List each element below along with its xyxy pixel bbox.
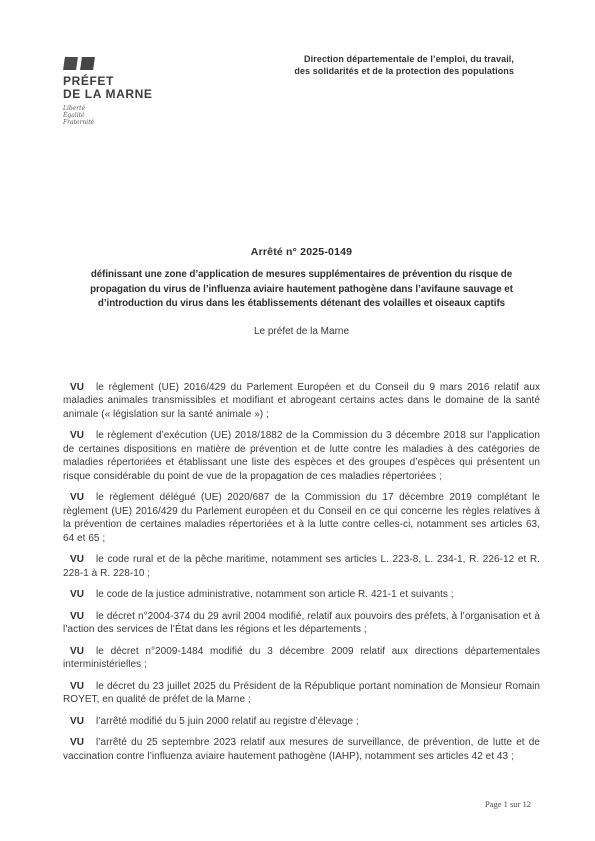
visa-paragraph: VUle code de la justice administrative, … xyxy=(63,588,540,602)
visa-text: le code rural et de la pêche maritime, n… xyxy=(63,554,540,579)
vu-label: VU xyxy=(70,715,96,729)
arrete-subject: définissant une zone d’application de me… xyxy=(63,268,540,312)
visa-text: le règlement délégué (UE) 2020/687 de la… xyxy=(63,492,540,544)
visa-text: le règlement (UE) 2016/429 du Parlement … xyxy=(63,382,540,420)
arrete-number: Arrêté n° 2025-0149 xyxy=(63,246,540,258)
title-block: Arrêté n° 2025-0149 définissant une zone… xyxy=(63,246,540,337)
motto-liberte: Liberté xyxy=(63,105,153,112)
visa-paragraph: VUle règlement d’exécution (UE) 2018/188… xyxy=(63,429,540,483)
motto-egalite: Égalité xyxy=(63,112,153,119)
visa-text: le code de la justice administrative, no… xyxy=(96,589,454,600)
visa-paragraph: VUle règlement (UE) 2016/429 du Parlemen… xyxy=(63,381,540,422)
issuer-line: Le préfet de la Marne xyxy=(63,326,540,337)
visa-text: le décret n°2004-374 du 29 avril 2004 mo… xyxy=(63,611,540,636)
vu-label: VU xyxy=(70,645,96,659)
vu-label: VU xyxy=(70,553,96,567)
vu-label: VU xyxy=(70,588,96,602)
document-page: PRÉFET DE LA MARNE Liberté Égalité Frate… xyxy=(0,0,595,763)
visa-paragraph: VUl’arrêté du 25 septembre 2023 relatif … xyxy=(63,736,540,763)
visa-paragraph: VUle code rural et de la pêche maritime,… xyxy=(63,553,540,580)
vu-label: VU xyxy=(70,736,96,750)
visa-list: VUle règlement (UE) 2016/429 du Parlemen… xyxy=(63,381,540,764)
prefecture-logo: PRÉFET DE LA MARNE Liberté Égalité Frate… xyxy=(63,57,153,126)
vu-label: VU xyxy=(70,381,96,395)
visa-paragraph: VUle décret n°2009-1484 modifié du 3 déc… xyxy=(63,645,540,672)
visa-text: l’arrêté du 25 septembre 2023 relatif au… xyxy=(63,737,540,762)
visa-paragraph: VUle décret n°2004-374 du 29 avril 2004 … xyxy=(63,610,540,637)
page-number: Page 1 sur 12 xyxy=(485,799,531,809)
vu-label: VU xyxy=(70,491,96,505)
direction-line1: Direction départementale de l’emploi, du… xyxy=(294,54,514,66)
logo-motto: Liberté Égalité Fraternité xyxy=(63,105,153,126)
visa-text: le règlement d’exécution (UE) 2018/1882 … xyxy=(63,430,540,482)
flag-block-right xyxy=(80,57,95,70)
page-header: PRÉFET DE LA MARNE Liberté Égalité Frate… xyxy=(63,55,540,126)
visa-paragraph: VUle règlement délégué (UE) 2020/687 de … xyxy=(63,491,540,545)
flag-block-left xyxy=(63,57,78,70)
direction-line2: des solidarités et de la protection des … xyxy=(294,66,514,78)
french-flag-icon xyxy=(64,57,153,70)
visa-text: le décret n°2009-1484 modifié du 3 décem… xyxy=(63,646,540,671)
visa-paragraph: VUle décret du 23 juillet 2025 du Présid… xyxy=(63,680,540,707)
motto-fraternite: Fraternité xyxy=(63,119,153,126)
visa-paragraph: VUl’arrêté modifié du 5 juin 2000 relati… xyxy=(63,715,540,729)
visa-text: le décret du 23 juillet 2025 du Présiden… xyxy=(63,681,540,706)
vu-label: VU xyxy=(70,680,96,694)
vu-label: VU xyxy=(70,429,96,443)
direction-name: Direction départementale de l’emploi, du… xyxy=(294,54,514,77)
vu-label: VU xyxy=(70,610,96,624)
logo-region-text: DE LA MARNE xyxy=(63,88,153,101)
visa-text: l’arrêté modifié du 5 juin 2000 relatif … xyxy=(96,716,359,727)
